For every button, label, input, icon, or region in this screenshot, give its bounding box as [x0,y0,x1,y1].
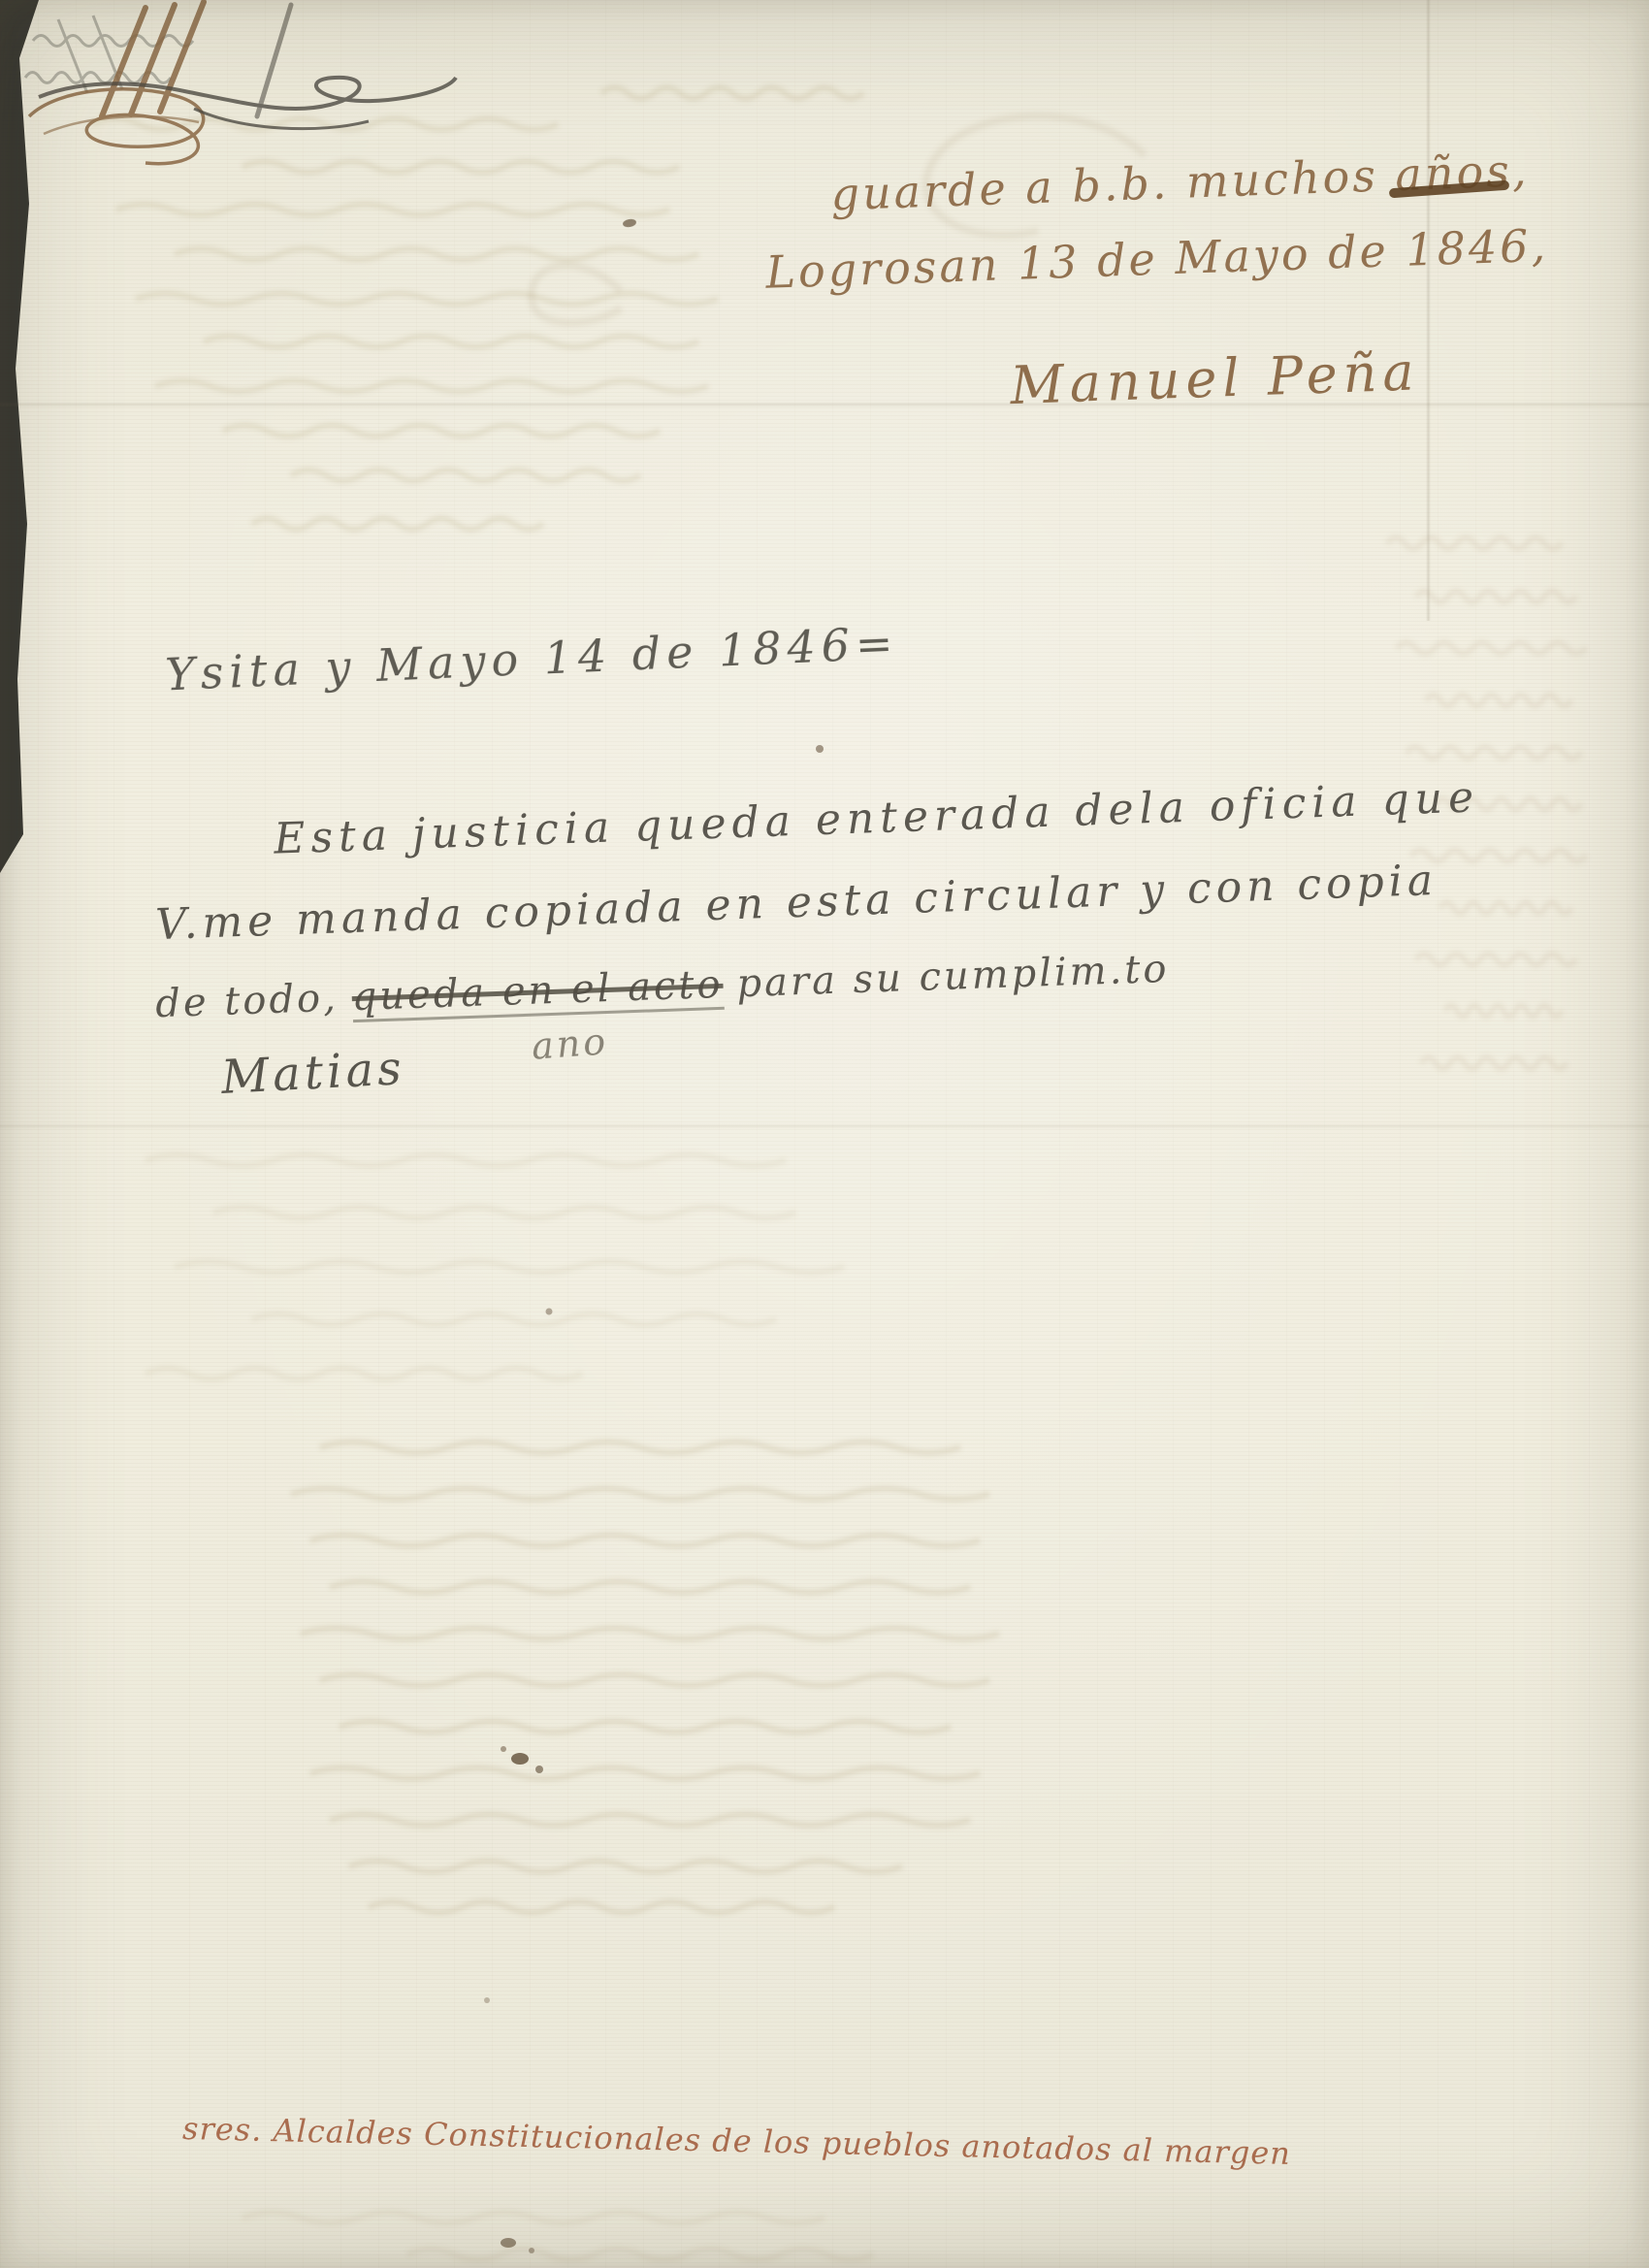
matias-rubric [0,0,485,146]
reply-line3-prefix: de todo, [155,976,339,1027]
reply-annotation-word: ano [531,1020,610,1067]
pencil-marks [25,16,193,93]
reply-body-line3: de todo,queda en el actopara su cumplim.… [155,947,1171,1026]
scan-edge-shadow [0,0,39,873]
ghost-text-lower-block [291,1442,999,1913]
ghost-text-upper-left [92,88,863,530]
ghost-text-middle [145,1155,844,1379]
ghost-text-bottom [242,2213,873,2260]
reply-body-line2: V.me manda copiada en esta circular y co… [155,856,1439,950]
signature-matias: Matias [220,1041,406,1105]
signature-rubric [0,0,252,184]
footer-addressees: sres. Alcaldes Constitucionales de los p… [182,2110,1292,2172]
signature-manuel-pena: Manuel Peña [769,334,1537,429]
reply-line3-struck-text: queda en el acto [351,962,724,1022]
reply-line3-suffix: para su cumplim.to [736,947,1171,1007]
scanned-letter-page: guarde a b.b. muchos años, Logrosan 13 d… [0,0,1649,2268]
closing-block: guarde a b.b. muchos años, Logrosan 13 d… [761,132,1536,428]
fold-crease-horizontal2 [0,1123,1649,1129]
ink-specks [484,218,824,2253]
reply-body-line1: Esta justicia queda enterada dela oficia… [273,772,1479,863]
reply-dateline: Ysita y Mayo 14 de 1846= [164,617,899,701]
